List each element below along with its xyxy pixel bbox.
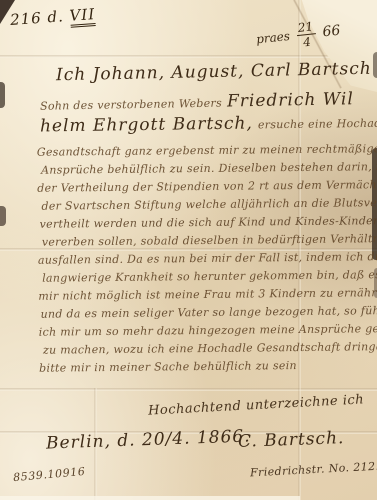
praesentatum-label: praes: [255, 29, 290, 46]
closing-line: Hochachtend unterzeichne ich: [148, 392, 365, 418]
salutation-line-1: Ich Johann, August, Carl Bartsch: [56, 59, 372, 86]
docket-prefix: 216 d.: [9, 7, 64, 29]
signature: C. Bartsch.: [238, 428, 345, 452]
photo-edge: [0, 82, 5, 108]
scan-edge-strip: [0, 496, 300, 500]
letter-scan: 216 d. VII praes 21 4 66 Ich Johann, Aug…: [0, 0, 377, 500]
fold-crease-horizontal: [0, 388, 377, 391]
salutation-line-3-text: ersuche eine Hochadle: [258, 117, 377, 132]
salutation-line-2-text: Sohn des verstorbenen Webers: [40, 97, 222, 113]
body-line: bitte mir in meiner Sache behülflich zu …: [39, 356, 369, 377]
sender-address: Friedrichstr. No. 212.: [250, 460, 377, 480]
salutation-line-3-name: helm Ehrgott Bartsch,: [40, 113, 253, 136]
salutation-line-2-name: Friedrich Wil: [227, 89, 354, 111]
photo-edge: [373, 52, 377, 78]
fold-crease-horizontal: [0, 55, 377, 58]
docket-number: 216 d. VII: [9, 5, 95, 29]
praesentatum-year: 66: [322, 23, 341, 41]
letter-body: Gesandtschaft ganz ergebenst mir zu mein…: [37, 140, 369, 377]
salutation-line-3: helm Ehrgott Bartsch, ersuche eine Hocha…: [40, 112, 377, 137]
body-line: zu machen, wozu ich eine Hochadle Gesand…: [39, 338, 369, 359]
salutation-line-2: Sohn des verstorbenen Webers Friedrich W…: [40, 89, 354, 114]
praesentatum-month: 4: [297, 34, 318, 49]
praesentatum-date-fraction: 21 4: [295, 20, 317, 49]
archive-number: 8539.10916: [13, 465, 86, 484]
docket-roman-numeral: VII: [69, 5, 96, 28]
photo-edge: [0, 206, 6, 226]
